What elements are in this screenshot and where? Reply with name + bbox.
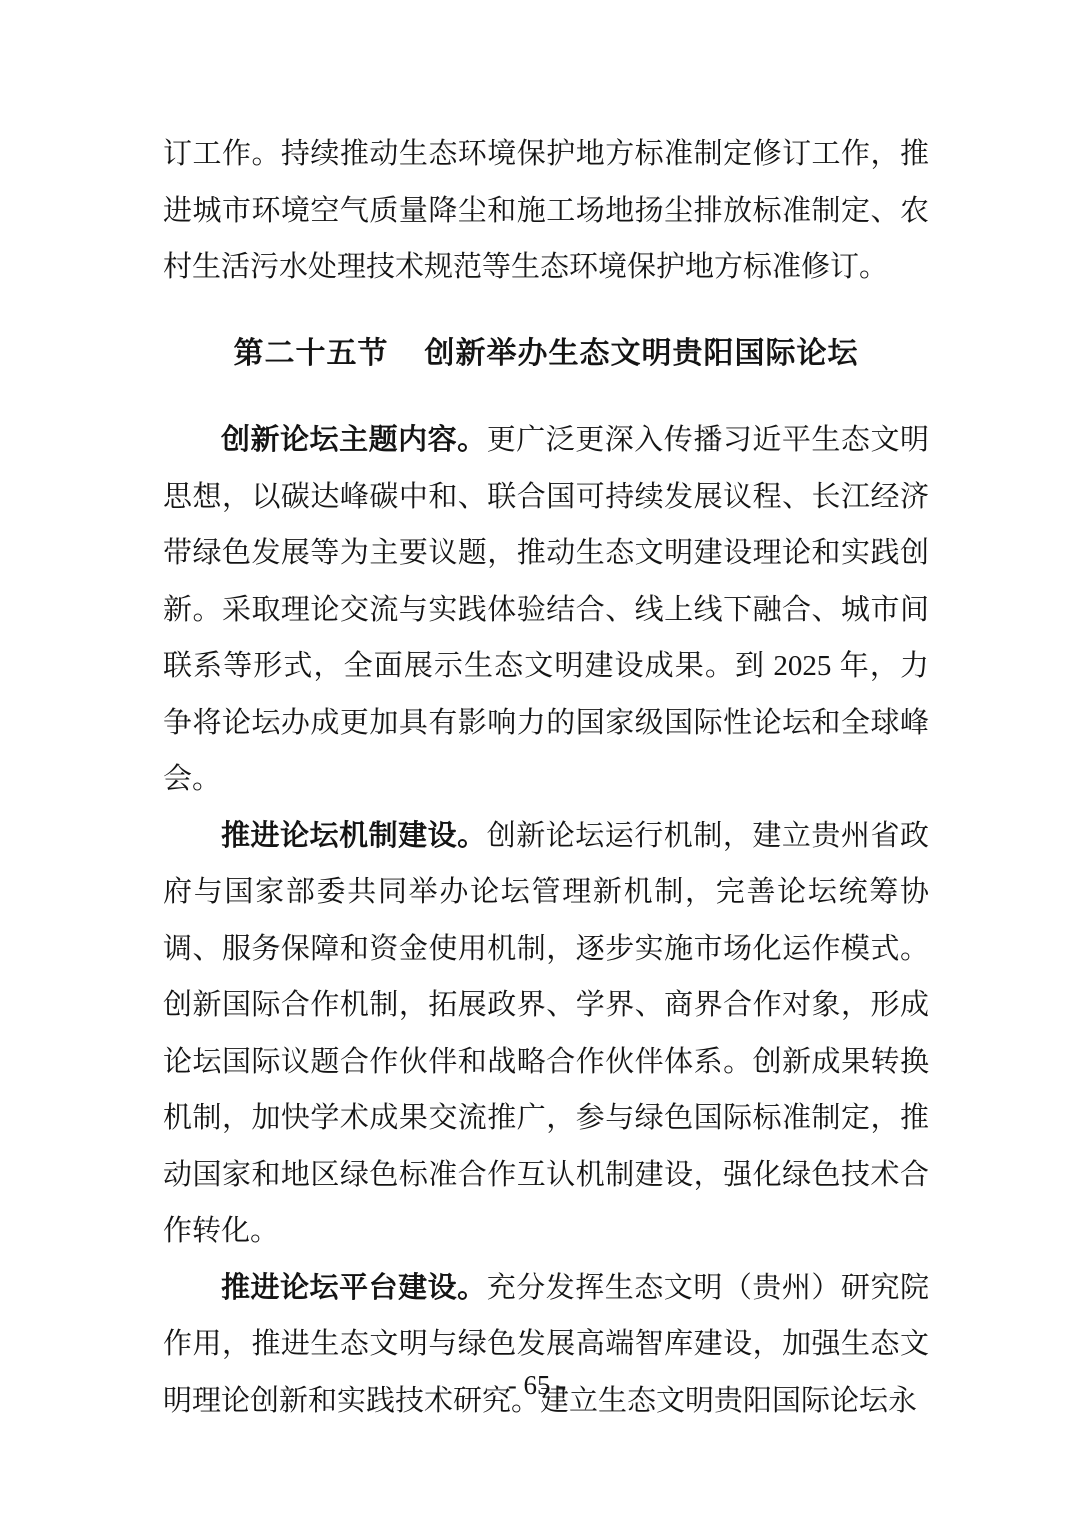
paragraph-body: 更广泛更深入传播习近平生态文明思想，以碳达峰碳中和、联合国可持续发展议程、长江经… [163,424,929,795]
page-content: 订工作。持续推动生态环境保护地方标准制定修订工作，推进城市环境空气质量降尘和施工… [163,126,929,1429]
section-heading: 第二十五节创新举办生态文明贵阳国际论坛 [163,326,929,383]
paragraph-body: 创新论坛运行机制，建立贵州省政府与国家部委共同举办论坛管理新机制，完善论坛统筹协… [163,820,929,1248]
paragraph-forum-platform: 推进论坛平台建设。充分发挥生态文明（贵州）研究院作用，推进生态文明与绿色发展高端… [163,1260,929,1430]
paragraph-continuation: 订工作。持续推动生态环境保护地方标准制定修订工作，推进城市环境空气质量降尘和施工… [163,126,929,296]
paragraph-lead: 创新论坛主题内容。 [221,424,487,456]
paragraph-lead: 推进论坛机制建设。 [221,820,487,852]
paragraph-forum-mechanism: 推进论坛机制建设。创新论坛运行机制，建立贵州省政府与国家部委共同举办论坛管理新机… [163,808,929,1260]
section-name: 创新举办生态文明贵阳国际论坛 [425,337,859,370]
paragraph-lead: 推进论坛平台建设。 [221,1272,487,1304]
section-number: 第二十五节 [234,337,389,370]
document-page: 订工作。持续推动生态环境保护地方标准制定修订工作，推进城市环境空气质量降尘和施工… [0,0,1074,1520]
page-number: - 65 - [0,1368,1074,1402]
paragraph-forum-theme: 创新论坛主题内容。更广泛更深入传播习近平生态文明思想，以碳达峰碳中和、联合国可持… [163,412,929,808]
